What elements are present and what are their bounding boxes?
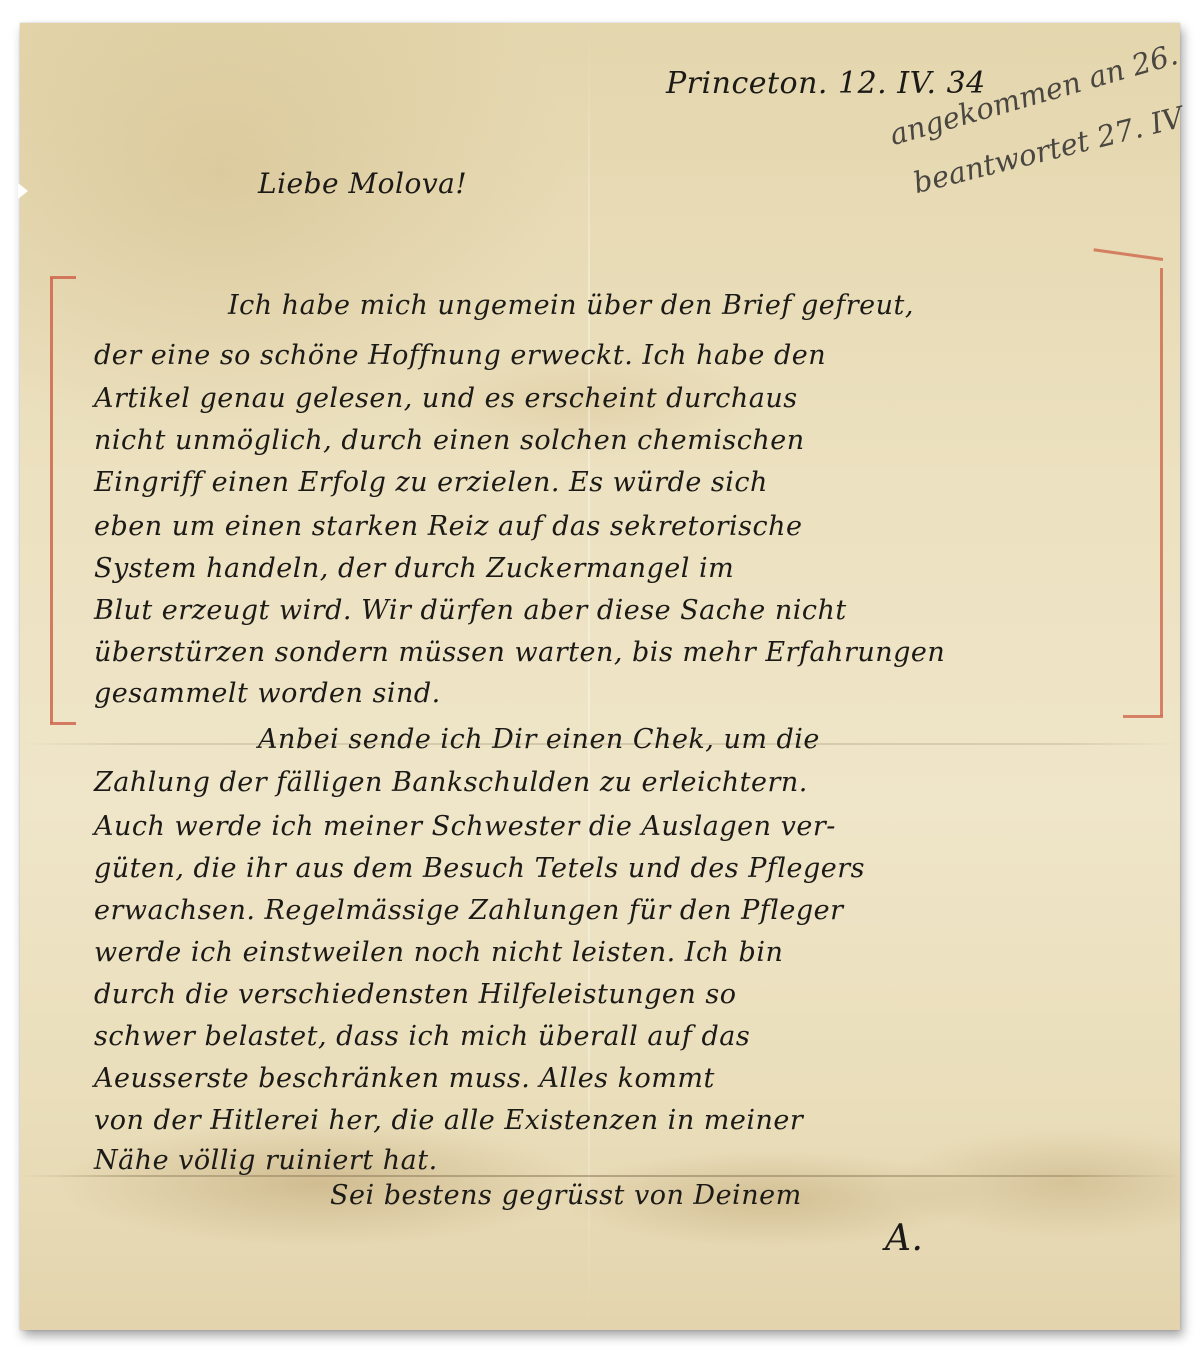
signature: A. xyxy=(885,1218,923,1259)
salutation: Liebe Molova! xyxy=(258,167,467,200)
body-line: Nähe völlig ruiniert hat. xyxy=(94,1145,438,1176)
body-line: werde ich einstweilen noch nicht leisten… xyxy=(94,937,783,968)
body-line: durch die verschiedensten Hilfeleistunge… xyxy=(94,979,736,1010)
body-line: von der Hitlerei her, die alle Existenze… xyxy=(94,1105,803,1136)
body-line: Ich habe mich ungemein über den Brief ge… xyxy=(228,290,914,321)
body-line: eben um einen starken Reiz auf das sekre… xyxy=(94,511,802,542)
body-line: Aeusserste beschränken muss. Alles kommt xyxy=(94,1063,715,1094)
closing-line: Sei bestens gegrüsst von Deinem xyxy=(330,1180,802,1211)
body-line: System handeln, der durch Zuckermangel i… xyxy=(94,553,734,584)
red-pencil-bracket-right xyxy=(1120,268,1163,716)
body-line: güten, die ihr aus dem Besuch Tetels und… xyxy=(94,853,865,884)
body-line: schwer belastet, dass ich mich überall a… xyxy=(94,1021,750,1052)
body-line: Auch werde ich meiner Schwester die Ausl… xyxy=(94,811,836,842)
body-line: Anbei sende ich Dir einen Chek, um die xyxy=(258,724,820,755)
body-line: überstürzen sondern müssen warten, bis m… xyxy=(94,637,945,668)
body-line: Artikel genau gelesen, und es erscheint … xyxy=(94,383,798,414)
body-line: Zahlung der fälligen Bankschulden zu erl… xyxy=(94,767,808,798)
body-line: erwachsen. Regelmässige Zahlungen für de… xyxy=(94,895,844,926)
body-line: der eine so schöne Hoffnung erweckt. Ich… xyxy=(94,340,826,371)
body-line: Blut erzeugt wird. Wir dürfen aber diese… xyxy=(94,595,847,626)
body-line: gesammelt worden sind. xyxy=(94,678,441,709)
body-line: Eingriff einen Erfolg zu erzielen. Es wü… xyxy=(94,467,768,498)
red-pencil-bracket-left xyxy=(50,278,71,723)
body-line: nicht unmöglich, durch einen solchen che… xyxy=(94,425,805,456)
paper-tear xyxy=(18,183,28,199)
place-date-line: Princeton. 12. IV. 34 xyxy=(666,66,986,101)
